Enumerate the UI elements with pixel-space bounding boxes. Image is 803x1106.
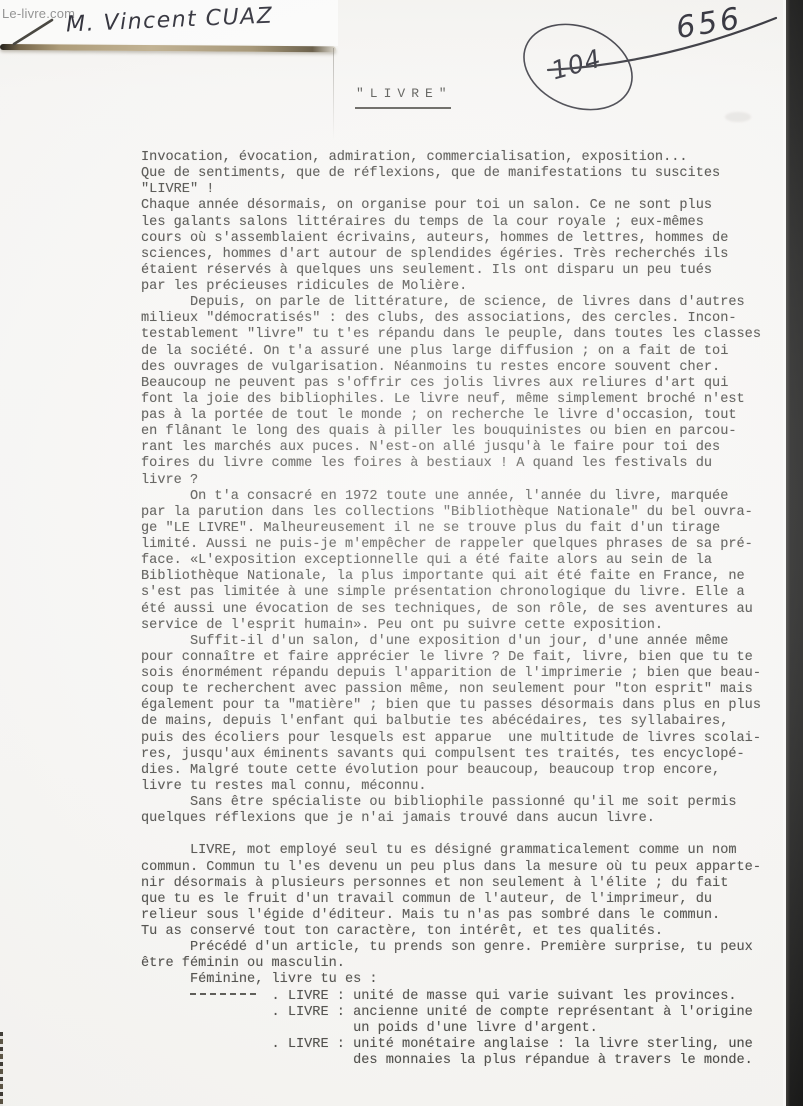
document-body: Invocation, évocation, admiration, comme…	[141, 150, 761, 1069]
scanned-page: Le-livre.com M. Vincent CUAZ 656 104 "LI…	[0, 0, 803, 1106]
paper-side-edge	[333, 48, 334, 140]
title-underline	[355, 107, 451, 109]
scan-smudge	[725, 112, 751, 122]
handwritten-catalog-number: 656	[674, 1, 745, 46]
paper-edge-shadow	[0, 44, 336, 52]
handwritten-circled-page-number: 104	[548, 44, 605, 86]
feminine-dashed-underline	[190, 993, 256, 995]
scan-dark-edge	[786, 0, 803, 1106]
page-title: "LIVRE"	[356, 86, 453, 101]
watermark: Le-livre.com	[2, 6, 75, 21]
scan-edge-speckle	[0, 1032, 3, 1106]
